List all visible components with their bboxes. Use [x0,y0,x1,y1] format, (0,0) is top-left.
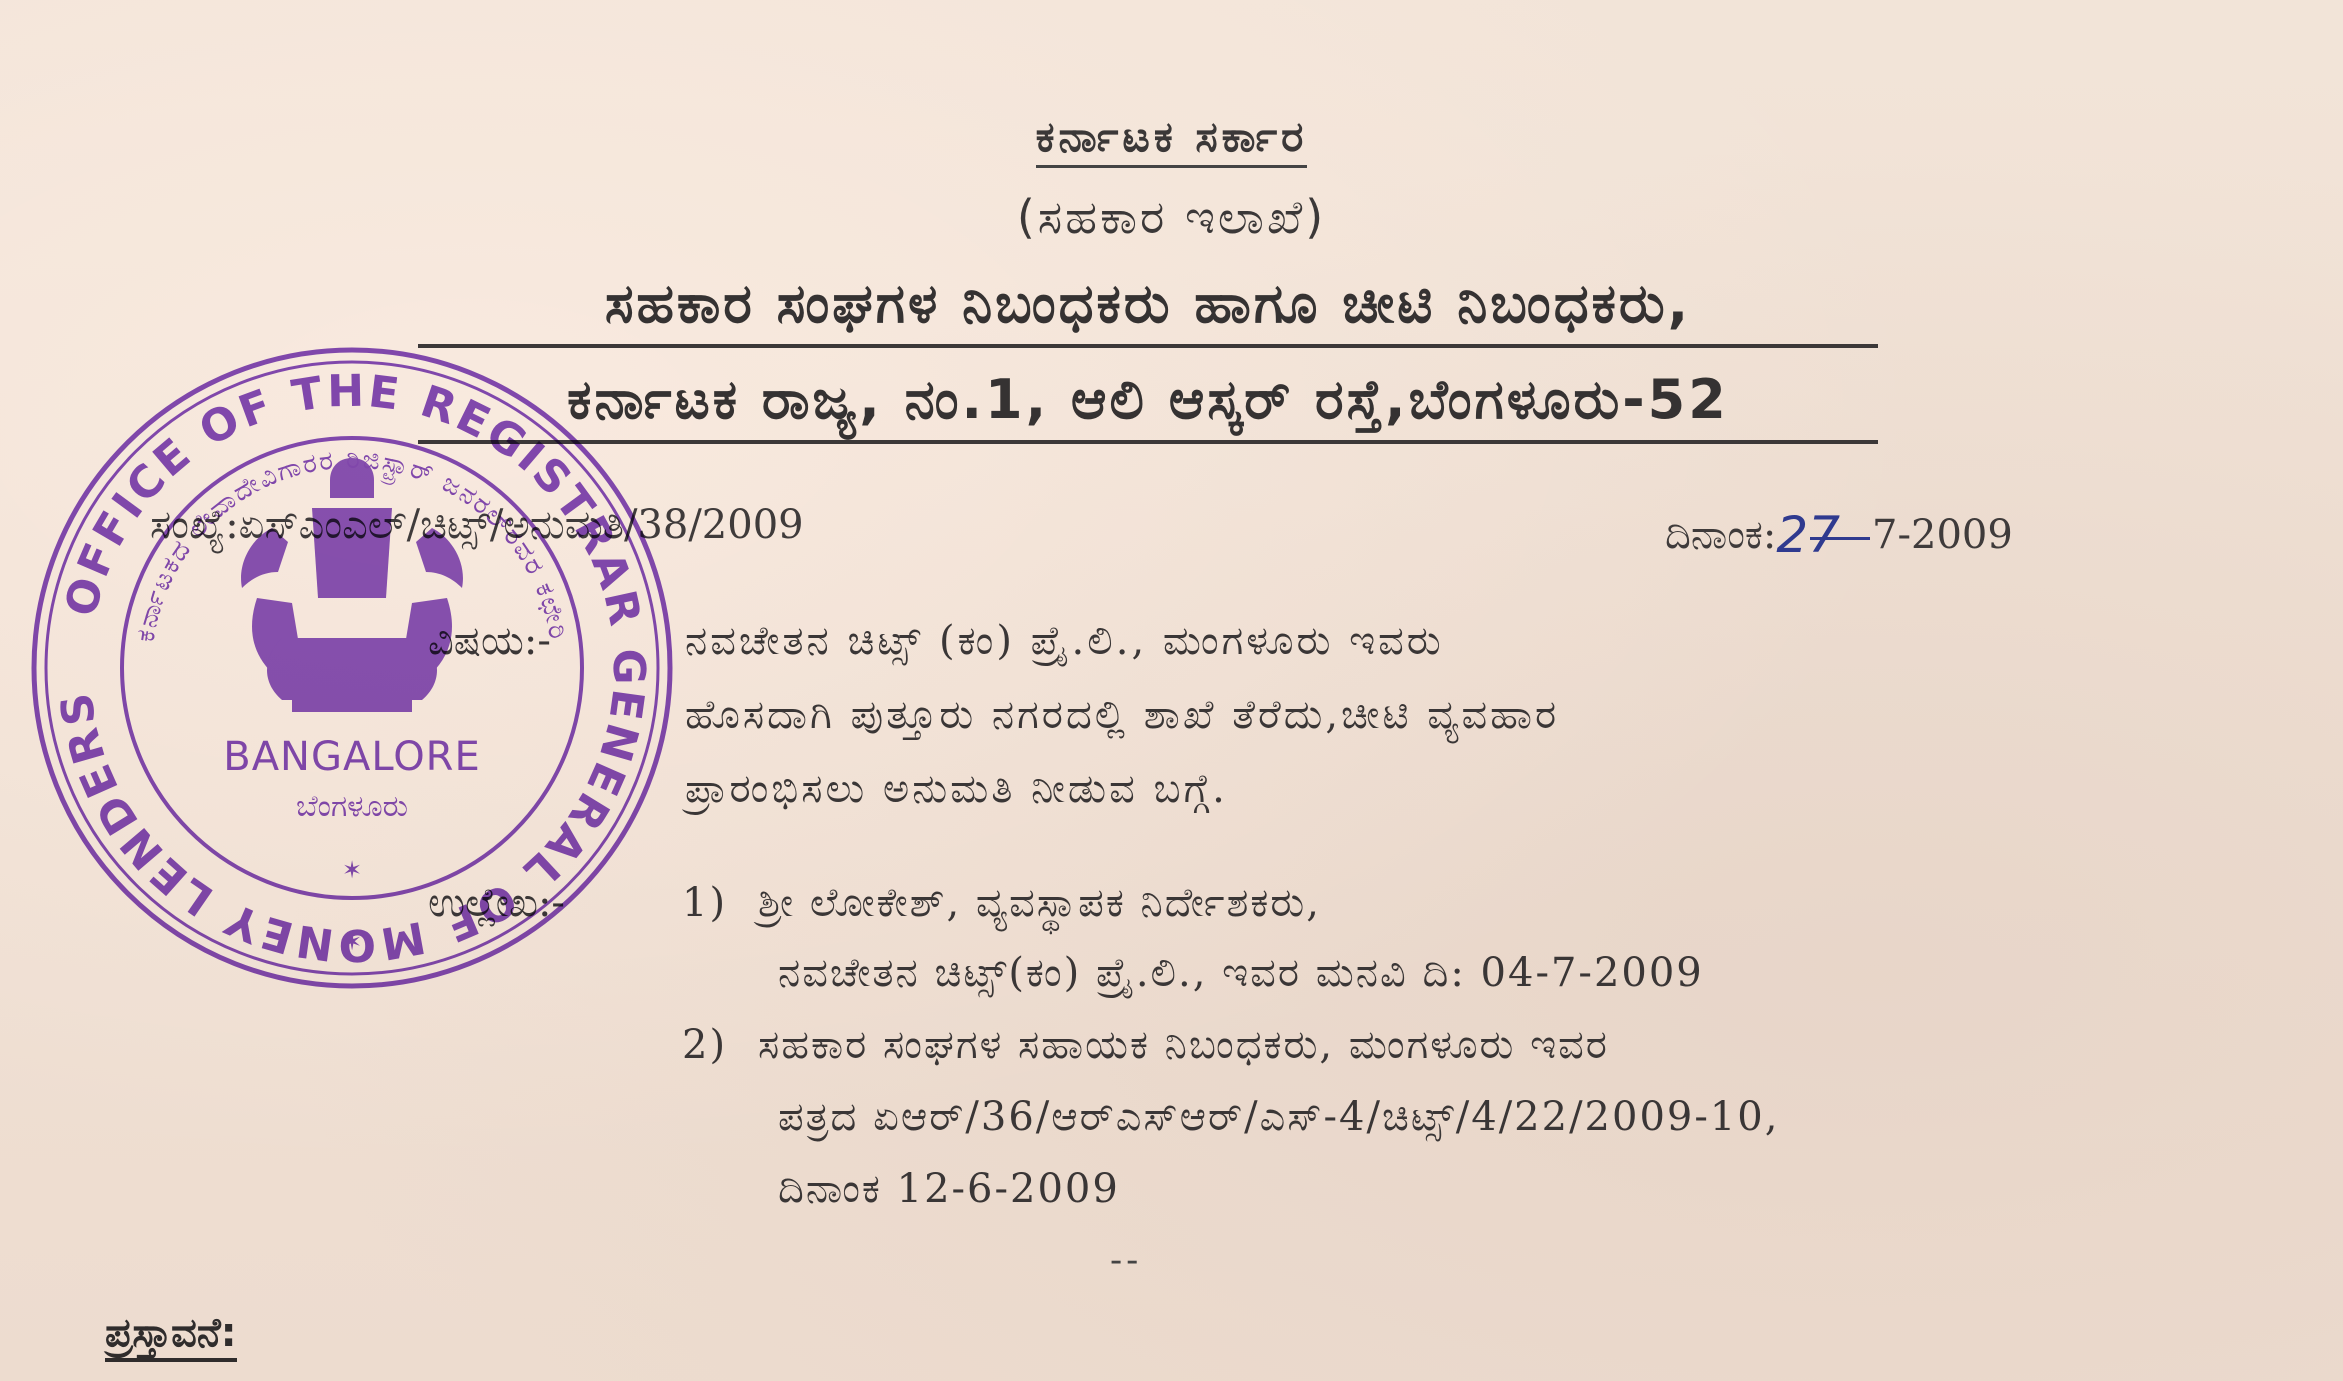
government-heading-text: ಕರ್ನಾಟಕ ಸರ್ಕಾರ [1036,112,1308,168]
section-divider: -- [1110,1240,1142,1281]
reference-item-number: 2) [682,1022,727,1068]
department-heading: (ಸಹಕಾರ ಇಲಾಖೆ) [0,190,2343,246]
subject-line: ಪ್ರಾರಂಭಿಸಲು ಅನುಮತಿ ನೀಡುವ ಬಗ್ಗೆ. [685,766,1228,812]
official-seal-stamp: OFFICE OF THE REGISTRAR GENERAL OF MONEY… [22,338,682,998]
star-icon: ✶ [342,928,362,956]
date-printed: 7-2009 [1872,512,2013,558]
subject-line: ಹೊಸದಾಗಿ ಪುತ್ತೂರು ನಗರದಲ್ಲಿ ಶಾಖೆ ತೆರೆದು,ಚೀ… [685,692,1559,738]
preamble-heading: ಪ್ರಸ್ತಾವನೆ: [105,1310,237,1362]
reference-item-line: ಶ್ರೀ ಲೋಕೇಶ್, ವ್ಯವಸ್ಥಾಪಕ ನಿರ್ದೇಶಕರು, [758,880,1321,926]
reference-item-line: ಸಹಕಾರ ಸಂಘಗಳ ಸಹಾಯಕ ನಿಬಂಧಕರು, ಮಂಗಳೂರು ಇವರ [758,1022,1609,1068]
stamp-city: BANGALORE [223,734,481,780]
reference-item-line: ಪತ್ರದ ಏಆರ್/36/ಆರ್‌ಎಸ್‌ಆರ್/ಎಸ್-4/ಚಿಟ್ಸ್/4… [778,1094,1779,1140]
date-label: ದಿನಾಂಕ: [1665,512,1776,558]
letter-date: ದಿನಾಂಕ:277-2009 [1665,502,2013,560]
document-page: ಕರ್ನಾಟಕ ಸರ್ಕಾರ (ಸಹಕಾರ ಇಲಾಖೆ) ಸಹಕಾರ ಸಂಘಗಳ… [0,0,2343,1381]
star-icon: ✶ [342,856,362,884]
reference-item-line: ದಿನಾಂಕ 12-6-2009 [778,1166,1120,1212]
reference-item-number: 1) [682,880,727,926]
emblem-icon [241,458,463,712]
handwritten-day: 27 [1776,506,1840,564]
subject-line: ನವಚೇತನ ಚಿಟ್ಸ್ (ಕಂ) ಪ್ರೈ.ಲಿ., ಮಂಗಳೂರು ಇವರ… [685,618,1444,664]
reference-item-line: ನವಚೇತನ ಚಿಟ್ಸ್(ಕಂ) ಪ್ರೈ.ಲಿ., ಇವರ ಮನವಿ ದಿ:… [778,950,1704,996]
government-heading: ಕರ್ನಾಟಕ ಸರ್ಕಾರ [0,112,2343,162]
stamp-city-kannada: ಬೆಂಗಳೂರು [296,789,408,824]
office-heading: ಸಹಕಾರ ಸಂಘಗಳ ನಿಬಂಧಕರು ಹಾಗೂ ಚೀಟಿ ನಿಬಂಧಕರು, [418,272,1878,348]
